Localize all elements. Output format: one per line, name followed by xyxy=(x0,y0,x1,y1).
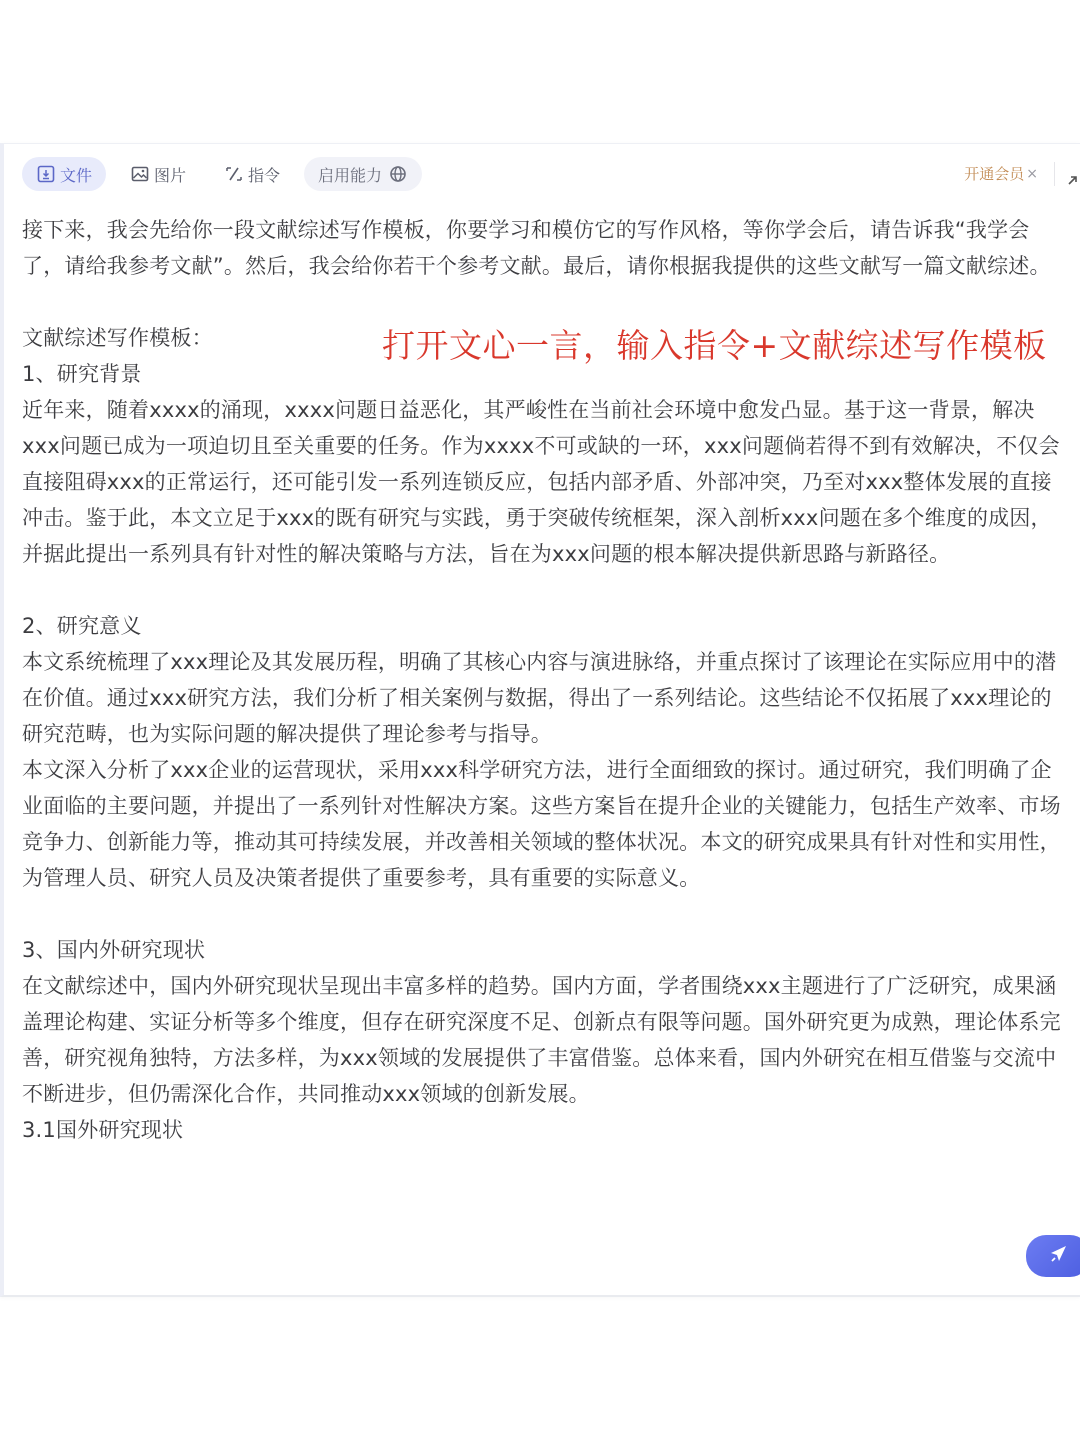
command-icon xyxy=(224,164,244,184)
section-paragraph: 本文深入分析了xxx企业的运营现状，采用xxx科学研究方法，进行全面细致的探讨。… xyxy=(22,752,1062,896)
send-icon xyxy=(1048,1244,1068,1268)
command-label: 指令 xyxy=(248,163,280,186)
send-button[interactable] xyxy=(1026,1235,1080,1277)
spacer xyxy=(22,572,1062,608)
subsection-heading: 3.1国外研究现状 xyxy=(22,1112,1062,1148)
input-toolbar: 文件 图片 指令 启用能力 开通会员 × xyxy=(22,156,1080,192)
toolbar-divider xyxy=(1054,162,1055,186)
enable-abilities-button[interactable]: 启用能力 xyxy=(304,157,422,191)
expand-arrow-icon[interactable] xyxy=(1068,170,1078,180)
command-button[interactable]: 指令 xyxy=(210,157,294,191)
spacer xyxy=(22,284,1062,320)
enable-abilities-label: 启用能力 xyxy=(318,163,382,186)
image-button[interactable]: 图片 xyxy=(116,157,200,191)
vip-close-icon[interactable]: × xyxy=(1026,166,1038,182)
image-label: 图片 xyxy=(154,163,186,186)
section-heading: 3、国内外研究现状 xyxy=(22,932,1062,968)
spacer xyxy=(22,896,1062,932)
chat-input-card: 文件 图片 指令 启用能力 开通会员 × 接下 xyxy=(0,143,1080,1297)
section-paragraph: 近年来，随着xxxx的涌现，xxxx问题日益恶化，其严峻性在当前社会环境中愈发凸… xyxy=(22,392,1062,572)
file-icon xyxy=(36,164,56,184)
section-heading: 2、研究意义 xyxy=(22,608,1062,644)
red-annotation-overlay: 打开文心一言，输入指令+文献综述写作模板 xyxy=(382,324,1047,368)
vip-label: 开通会员 xyxy=(964,163,1024,184)
file-label: 文件 xyxy=(60,163,92,186)
image-icon xyxy=(130,164,150,184)
file-button[interactable]: 文件 xyxy=(22,157,106,191)
globe-icon xyxy=(388,164,408,184)
section-paragraph: 在文献综述中，国内外研究现状呈现出丰富多样的趋势。国内方面，学者围绕xxx主题进… xyxy=(22,968,1062,1112)
prompt-intro: 接下来，我会先给你一段文献综述写作模板，你要学习和模仿它的写作风格，等你学会后，… xyxy=(22,212,1062,284)
vip-promo[interactable]: 开通会员 × xyxy=(964,163,1038,184)
section-paragraph: 本文系统梳理了xxx理论及其发展历程，明确了其核心内容与演进脉络，并重点探讨了该… xyxy=(22,644,1062,752)
